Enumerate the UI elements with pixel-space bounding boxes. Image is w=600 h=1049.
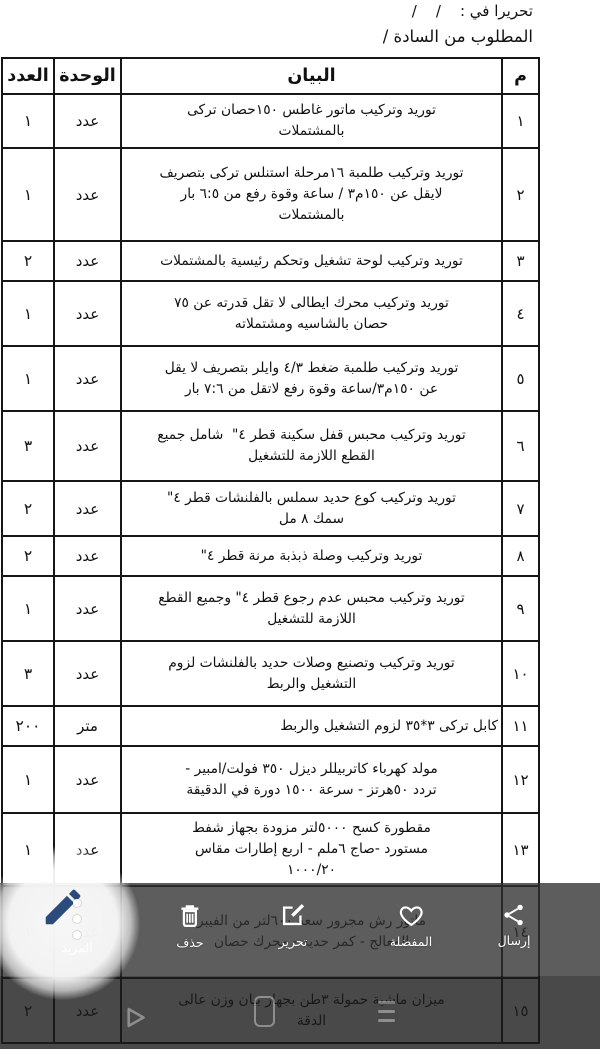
- toolbar-item-label: تحرير: [279, 934, 308, 949]
- cell-unit: عدد: [54, 576, 121, 641]
- table-row: ٥ توريد وتركيب طلمبة ضغط ٤/٣ وايلر بتصري…: [2, 346, 539, 411]
- col-header-qty: العدد: [2, 58, 54, 94]
- cell-unit: عدد: [54, 94, 121, 148]
- cell-desc: توريد وتركيب طلمبة ١٦مرحلة استنلس تركى ب…: [121, 148, 502, 241]
- trash-icon: [177, 902, 204, 930]
- doc-date-line: تحريرا في : / /: [383, 2, 533, 20]
- table-row: ٤ توريد وتركيب محرك ايطالى لا تقل قدرته …: [2, 281, 539, 346]
- cell-qty: ٣: [2, 411, 54, 481]
- cell-desc: مقطورة كسح ٥٠٠٠لتر مزودة بجهاز شفط مستور…: [121, 813, 502, 886]
- cell-no: ٦: [502, 411, 539, 481]
- cell-desc: توريد وتركيب طلمبة ضغط ٤/٣ وايلر بتصريف …: [121, 346, 502, 411]
- cell-no: ١١: [502, 706, 539, 746]
- table-row: ١ توريد وتركيب ماتور غاطس ١٥٠حصان تركى ب…: [2, 94, 539, 148]
- table-row: ٧ توريد وتركيب كوع حديد سملس بالفلنشات ق…: [2, 481, 539, 536]
- recents-icon[interactable]: [378, 1001, 395, 1028]
- table-row: ١٢ مولد كهرباء كاتربيللر ديزل ٣٥٠ فولت/ا…: [2, 746, 539, 813]
- cell-desc: توريد وتركيب وصلة ذبذبة مرنة قطر ٤": [121, 536, 502, 576]
- cell-desc: توريد وتركيب محبس عدم رجوع قطر ٤" وجميع …: [121, 576, 502, 641]
- cell-desc: توريد وتركيب وتصنيع وصلات حديد بالفلنشات…: [121, 641, 502, 706]
- cell-qty: ٢٠٠: [2, 706, 54, 746]
- cell-qty: ٣: [2, 641, 54, 706]
- cell-desc: توريد وتركيب محبس قفل سكينة قطر ٤" شامل …: [121, 411, 502, 481]
- cell-unit: متر: [54, 706, 121, 746]
- cell-desc: توريد وتركيب كوع حديد سملس بالفلنشات قطر…: [121, 481, 502, 536]
- home-icon[interactable]: [254, 996, 275, 1027]
- cell-desc: توريد وتركيب لوحة تشغيل وتحكم رئيسية بال…: [121, 241, 502, 281]
- cell-no: ٧: [502, 481, 539, 536]
- cell-no: ١٠: [502, 641, 539, 706]
- table-row: ٢ توريد وتركيب طلمبة ١٦مرحلة استنلس تركى…: [2, 148, 539, 241]
- table-row: ١١ كابل تركى ٣*٣٥ لزوم التشغيل والربط مت…: [2, 706, 539, 746]
- toolbar-item-share[interactable]: إرسال: [498, 902, 531, 948]
- cell-desc: توريد وتركيب ماتور غاطس ١٥٠حصان تركى بال…: [121, 94, 502, 148]
- cell-unit: عدد: [54, 411, 121, 481]
- toolbar-item-more[interactable]: المزيد: [61, 940, 92, 955]
- table-row: ٩ توريد وتركيب محبس عدم رجوع قطر ٤" وجمي…: [2, 576, 539, 641]
- toolbar-item-favorite[interactable]: المفضلة: [390, 902, 433, 949]
- table-header-row: م البيان الوحدة العدد: [2, 58, 539, 94]
- toolbar-item-label: المفضلة: [390, 934, 433, 949]
- cell-qty: ١: [2, 148, 54, 241]
- photo-viewer-screen: تحريرا في : / / المطلوب من السادة / م ال…: [0, 0, 600, 1049]
- edit-icon: [279, 902, 307, 929]
- table-row: ١٠ توريد وتركيب وتصنيع وصلات حديد بالفلن…: [2, 641, 539, 706]
- cell-unit: عدد: [54, 536, 121, 576]
- cell-no: ٩: [502, 576, 539, 641]
- share-icon: [501, 902, 527, 928]
- back-icon[interactable]: [119, 1002, 150, 1033]
- cell-qty: ٢: [2, 536, 54, 576]
- cell-no: ٨: [502, 536, 539, 576]
- cell-no: ٤: [502, 281, 539, 346]
- cell-qty: ١: [2, 94, 54, 148]
- cell-desc: مولد كهرباء كاتربيللر ديزل ٣٥٠ فولت/امبي…: [121, 746, 502, 813]
- cell-qty: ١: [2, 346, 54, 411]
- toolbar-item-delete[interactable]: حذف: [176, 902, 203, 950]
- cell-unit: عدد: [54, 241, 121, 281]
- cell-no: ١٢: [502, 746, 539, 813]
- cell-unit: عدد: [54, 346, 121, 411]
- toolbar-item-label: حذف: [176, 935, 203, 950]
- cell-no: ٥: [502, 346, 539, 411]
- document-header: تحريرا في : / / المطلوب من السادة /: [383, 2, 533, 46]
- toolbar-item-label: إرسال: [498, 933, 531, 948]
- cell-no: ٣: [502, 241, 539, 281]
- cell-qty: ٢: [2, 481, 54, 536]
- doc-addressee-line: المطلوب من السادة /: [383, 27, 533, 46]
- col-header-no: م: [502, 58, 539, 94]
- col-header-unit: الوحدة: [54, 58, 121, 94]
- cell-no: ١: [502, 94, 539, 148]
- cell-qty: ٢: [2, 241, 54, 281]
- table-row: ٣ توريد وتركيب لوحة تشغيل وتحكم رئيسية ب…: [2, 241, 539, 281]
- cell-unit: عدد: [54, 746, 121, 813]
- table-row: ٦ توريد وتركيب محبس قفل سكينة قطر ٤" شام…: [2, 411, 539, 481]
- toolbar-item-edit[interactable]: تحرير: [279, 902, 308, 949]
- cell-unit: عدد: [54, 281, 121, 346]
- cell-unit: عدد: [54, 641, 121, 706]
- cell-desc: كابل تركى ٣*٣٥ لزوم التشغيل والربط: [121, 706, 502, 746]
- table-row: ٨ توريد وتركيب وصلة ذبذبة مرنة قطر ٤" عد…: [2, 536, 539, 576]
- cell-qty: ١: [2, 576, 54, 641]
- cell-no: ٢: [502, 148, 539, 241]
- cell-no: ١٣: [502, 813, 539, 886]
- col-header-desc: البيان: [121, 58, 502, 94]
- cell-unit: عدد: [54, 148, 121, 241]
- cell-qty: ١: [2, 746, 54, 813]
- cell-desc: توريد وتركيب محرك ايطالى لا تقل قدرته عن…: [121, 281, 502, 346]
- cell-qty: ١: [2, 281, 54, 346]
- cell-unit: عدد: [54, 481, 121, 536]
- heart-icon: [397, 902, 426, 929]
